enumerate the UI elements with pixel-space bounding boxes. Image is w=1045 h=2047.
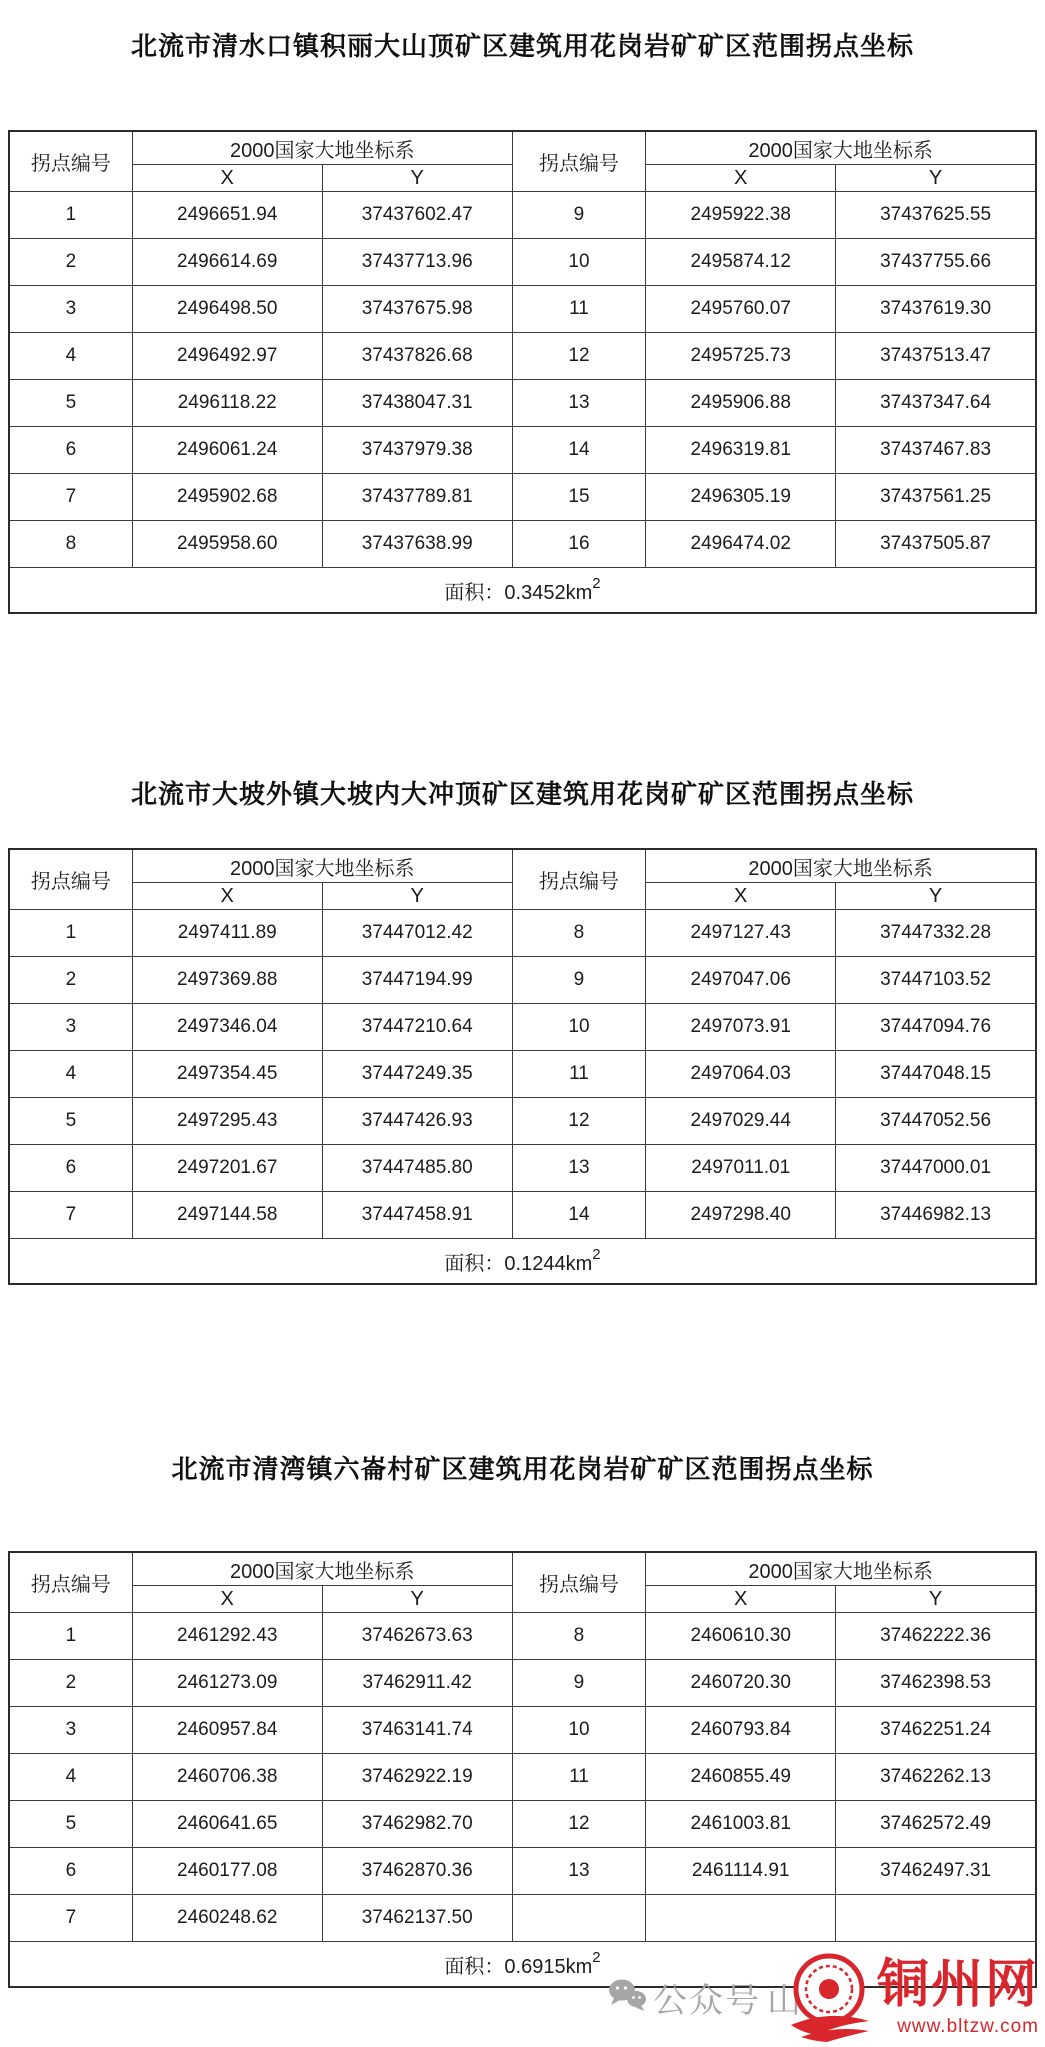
table1-title: 北流市清水口镇积丽大山顶矿区建筑用花岗岩矿矿区范围拐点坐标: [0, 0, 1045, 64]
coordinate-cell: 37447194.99: [322, 957, 512, 1004]
col-header-y: Y: [836, 165, 1036, 192]
coordinate-cell: 37437561.25: [836, 474, 1036, 521]
col-header-point-no: 拐点编号: [512, 849, 646, 910]
coordinate-cell: 37447458.91: [322, 1192, 512, 1239]
coordinate-cell: 37447052.56: [836, 1098, 1036, 1145]
col-header-x: X: [132, 1586, 322, 1613]
table2-title: 北流市大坡外镇大坡内大冲顶矿区建筑用花岗矿矿区范围拐点坐标: [0, 614, 1045, 812]
point-number-cell: 13: [512, 380, 646, 427]
area-label: 面积：: [444, 1253, 504, 1275]
point-number-cell: 10: [512, 1707, 646, 1754]
point-number-cell: 3: [9, 286, 132, 333]
coordinate-cell: 2461292.43: [132, 1613, 322, 1660]
col-header-point-no: 拐点编号: [512, 131, 646, 192]
coordinate-cell: 37462137.50: [322, 1895, 512, 1942]
table-row: 52497295.4337447426.93122497029.44374470…: [9, 1098, 1036, 1145]
coordinate-cell: 2460706.38: [132, 1754, 322, 1801]
area-superscript: 2: [592, 1246, 600, 1263]
point-number-cell: [512, 1895, 646, 1942]
coordinate-cell: 37447048.15: [836, 1051, 1036, 1098]
coordinate-cell: 37462922.19: [322, 1754, 512, 1801]
table-row: 62497201.6737447485.80132497011.01374470…: [9, 1145, 1036, 1192]
site-brand: 铜州网 www.bltzw.com: [877, 1958, 1039, 2036]
table-row: 12496651.9437437602.4792495922.383743762…: [9, 192, 1036, 239]
coordinate-cell: 2497295.43: [132, 1098, 322, 1145]
coordinate-cell: 37437513.47: [836, 333, 1036, 380]
point-number-cell: 12: [512, 1801, 646, 1848]
coordinate-cell: 2495874.12: [646, 239, 836, 286]
coordinate-cell: 2496118.22: [132, 380, 322, 427]
point-number-cell: 8: [512, 1613, 646, 1660]
site-url: www.bltzw.com: [897, 2017, 1039, 2036]
point-number-cell: 7: [9, 474, 132, 521]
table-row: 52460641.6537462982.70122461003.81374625…: [9, 1801, 1036, 1848]
watermark-footer: 公众号 山 铜州网 www.bltzw.com: [607, 1951, 1039, 2043]
area-row: 面积：0.3452km2: [9, 568, 1036, 614]
coordinate-cell: 2460641.65: [132, 1801, 322, 1848]
point-number-cell: 11: [512, 1051, 646, 1098]
coordinate-cell: 2497029.44: [646, 1098, 836, 1145]
table-row: 32497346.0437447210.64102497073.91374470…: [9, 1004, 1036, 1051]
coordinate-cell: 37447210.64: [322, 1004, 512, 1051]
coordinate-cell: 2496614.69: [132, 239, 322, 286]
table-row: 22496614.6937437713.96102495874.12374377…: [9, 239, 1036, 286]
table-row: 42496492.9737437826.68122495725.73374375…: [9, 333, 1036, 380]
coordinate-cell: 2461114.91: [646, 1848, 836, 1895]
coordinate-cell: 2497298.40: [646, 1192, 836, 1239]
col-header-y: Y: [836, 883, 1036, 910]
coordinate-cell: 2460177.08: [132, 1848, 322, 1895]
coordinate-cell: 37462911.42: [322, 1660, 512, 1707]
point-number-cell: 1: [9, 1613, 132, 1660]
col-header-x: X: [132, 883, 322, 910]
col-header-coord-system: 2000国家大地坐标系: [646, 131, 1036, 165]
coordinate-cell: [646, 1895, 836, 1942]
point-number-cell: 3: [9, 1004, 132, 1051]
table-row: 12461292.4337462673.6382460610.303746222…: [9, 1613, 1036, 1660]
coordinate-cell: 2497346.04: [132, 1004, 322, 1051]
coordinate-cell: 37437755.66: [836, 239, 1036, 286]
col-header-coord-system: 2000国家大地坐标系: [646, 1552, 1036, 1586]
area-superscript: 2: [592, 1949, 600, 1966]
coordinate-cell: 37438047.31: [322, 380, 512, 427]
coordinate-cell: 2497411.89: [132, 910, 322, 957]
col-header-x: X: [132, 165, 322, 192]
col-header-x: X: [646, 1586, 836, 1613]
coordinate-cell: 2497127.43: [646, 910, 836, 957]
coordinate-cell: 37447249.35: [322, 1051, 512, 1098]
col-header-x: X: [646, 883, 836, 910]
area-row: 面积：0.1244km2: [9, 1239, 1036, 1285]
coordinate-cell: 2495922.38: [646, 192, 836, 239]
coordinate-cell: 2495760.07: [646, 286, 836, 333]
col-header-y: Y: [322, 883, 512, 910]
table-row: 12497411.8937447012.4282497127.433744733…: [9, 910, 1036, 957]
site-name: 铜州网: [877, 1958, 1039, 2013]
area-value: 0.6915km: [504, 1956, 592, 1978]
coordinate-cell: 2496305.19: [646, 474, 836, 521]
point-number-cell: 9: [512, 1660, 646, 1707]
col-header-coord-system: 2000国家大地坐标系: [132, 1552, 512, 1586]
point-number-cell: 5: [9, 1801, 132, 1848]
table-row: 62496061.2437437979.38142496319.81374374…: [9, 427, 1036, 474]
col-header-point-no: 拐点编号: [9, 849, 132, 910]
coordinate-cell: 2495725.73: [646, 333, 836, 380]
coordinate-table-2: 拐点编号 2000国家大地坐标系 拐点编号 2000国家大地坐标系 X Y X …: [8, 848, 1037, 1285]
coordinate-cell: 37446982.13: [836, 1192, 1036, 1239]
table3-title: 北流市清湾镇六崙村矿区建筑用花岗岩矿矿区范围拐点坐标: [0, 1285, 1045, 1487]
point-number-cell: 10: [512, 1004, 646, 1051]
coordinate-cell: 2497073.91: [646, 1004, 836, 1051]
col-header-coord-system: 2000国家大地坐标系: [646, 849, 1036, 883]
document-sheet: 北流市清水口镇积丽大山顶矿区建筑用花岗岩矿矿区范围拐点坐标 拐点编号 2000国…: [0, 0, 1045, 2047]
coordinate-cell: 37437619.30: [836, 286, 1036, 333]
col-header-point-no: 拐点编号: [512, 1552, 646, 1613]
col-header-x: X: [646, 165, 836, 192]
point-number-cell: 14: [512, 427, 646, 474]
area-value: 0.1244km: [504, 1253, 592, 1275]
col-header-coord-system: 2000国家大地坐标系: [132, 131, 512, 165]
coordinate-cell: 37462497.31: [836, 1848, 1036, 1895]
coordinate-cell: 2497011.01: [646, 1145, 836, 1192]
coordinate-cell: 2497369.88: [132, 957, 322, 1004]
coordinate-cell: 37447000.01: [836, 1145, 1036, 1192]
coordinate-cell: 37447332.28: [836, 910, 1036, 957]
table-row: 72495902.6837437789.81152496305.19374375…: [9, 474, 1036, 521]
coordinate-cell: 2460793.84: [646, 1707, 836, 1754]
coordinate-cell: 2460610.30: [646, 1613, 836, 1660]
coordinate-cell: 37447094.76: [836, 1004, 1036, 1051]
coordinate-cell: 2460248.62: [132, 1895, 322, 1942]
point-number-cell: 6: [9, 427, 132, 474]
area-value: 0.3452km: [504, 582, 592, 604]
point-number-cell: 4: [9, 1051, 132, 1098]
coordinate-cell: 37437638.99: [322, 521, 512, 568]
table-row: 32460957.8437463141.74102460793.84374622…: [9, 1707, 1036, 1754]
point-number-cell: 6: [9, 1145, 132, 1192]
point-number-cell: 7: [9, 1895, 132, 1942]
watermark-text: 公众号: [653, 1973, 761, 2022]
coordinate-cell: [836, 1895, 1036, 1942]
coordinate-cell: 37437505.87: [836, 521, 1036, 568]
table-row: 22461273.0937462911.4292460720.303746239…: [9, 1660, 1036, 1707]
coordinate-cell: 2496474.02: [646, 521, 836, 568]
point-number-cell: 11: [512, 286, 646, 333]
coordinate-cell: 37447012.42: [322, 910, 512, 957]
coordinate-cell: 37462673.63: [322, 1613, 512, 1660]
coordinate-cell: 37462982.70: [322, 1801, 512, 1848]
area-label: 面积：: [444, 1956, 504, 1978]
col-header-y: Y: [836, 1586, 1036, 1613]
coordinate-cell: 2496492.97: [132, 333, 322, 380]
table-row: 52496118.2237438047.31132495906.88374373…: [9, 380, 1036, 427]
point-number-cell: 11: [512, 1754, 646, 1801]
point-number-cell: 9: [512, 957, 646, 1004]
point-number-cell: 3: [9, 1707, 132, 1754]
point-number-cell: 2: [9, 1660, 132, 1707]
coordinate-cell: 2495958.60: [132, 521, 322, 568]
point-number-cell: 1: [9, 192, 132, 239]
coordinate-cell: 2495902.68: [132, 474, 322, 521]
point-number-cell: 4: [9, 1754, 132, 1801]
point-number-cell: 4: [9, 333, 132, 380]
table-row: 32496498.5037437675.98112495760.07374376…: [9, 286, 1036, 333]
point-number-cell: 7: [9, 1192, 132, 1239]
coordinate-cell: 37462572.49: [836, 1801, 1036, 1848]
coordinate-cell: 37462251.24: [836, 1707, 1036, 1754]
point-number-cell: 15: [512, 474, 646, 521]
point-number-cell: 14: [512, 1192, 646, 1239]
wechat-icon: [607, 1978, 647, 2017]
coordinate-cell: 37437467.83: [836, 427, 1036, 474]
coordinate-cell: 2496498.50: [132, 286, 322, 333]
coordinate-cell: 2497201.67: [132, 1145, 322, 1192]
point-number-cell: 2: [9, 239, 132, 286]
point-number-cell: 8: [9, 521, 132, 568]
point-number-cell: 10: [512, 239, 646, 286]
coordinate-cell: 37462262.13: [836, 1754, 1036, 1801]
table-row: 42460706.3837462922.19112460855.49374622…: [9, 1754, 1036, 1801]
coordinate-cell: 37437826.68: [322, 333, 512, 380]
point-number-cell: 13: [512, 1145, 646, 1192]
point-number-cell: 9: [512, 192, 646, 239]
area-superscript: 2: [592, 575, 600, 592]
coordinate-cell: 37437675.98: [322, 286, 512, 333]
table-row: 42497354.4537447249.35112497064.03374470…: [9, 1051, 1036, 1098]
coordinate-cell: 37437789.81: [322, 474, 512, 521]
point-number-cell: 1: [9, 910, 132, 957]
point-number-cell: 5: [9, 1098, 132, 1145]
coordinate-cell: 37437625.55: [836, 192, 1036, 239]
coordinate-cell: 2497354.45: [132, 1051, 322, 1098]
table-row: 82495958.6037437638.99162496474.02374375…: [9, 521, 1036, 568]
coordinate-cell: 2495906.88: [646, 380, 836, 427]
coordinate-cell: 2460855.49: [646, 1754, 836, 1801]
col-header-point-no: 拐点编号: [9, 131, 132, 192]
point-number-cell: 12: [512, 1098, 646, 1145]
coordinate-table-3: 拐点编号 2000国家大地坐标系 拐点编号 2000国家大地坐标系 X Y X …: [8, 1551, 1037, 1988]
col-header-y: Y: [322, 1586, 512, 1613]
coordinate-cell: 2461003.81: [646, 1801, 836, 1848]
point-number-cell: 5: [9, 380, 132, 427]
coordinate-cell: 37437347.64: [836, 380, 1036, 427]
table-row: 72460248.6237462137.50: [9, 1895, 1036, 1942]
seal-icon: [787, 1951, 871, 2043]
coordinate-cell: 2460957.84: [132, 1707, 322, 1754]
coordinate-cell: 37462398.53: [836, 1660, 1036, 1707]
table-row: 72497144.5837447458.91142497298.40374469…: [9, 1192, 1036, 1239]
coordinate-cell: 37463141.74: [322, 1707, 512, 1754]
coordinate-cell: 37462222.36: [836, 1613, 1036, 1660]
coordinate-cell: 37447426.93: [322, 1098, 512, 1145]
col-header-point-no: 拐点编号: [9, 1552, 132, 1613]
area-label: 面积：: [444, 582, 504, 604]
coordinate-cell: 37437602.47: [322, 192, 512, 239]
coordinate-cell: 2496651.94: [132, 192, 322, 239]
col-header-coord-system: 2000国家大地坐标系: [132, 849, 512, 883]
coordinate-cell: 2497064.03: [646, 1051, 836, 1098]
point-number-cell: 12: [512, 333, 646, 380]
coordinate-cell: 37462870.36: [322, 1848, 512, 1895]
point-number-cell: 6: [9, 1848, 132, 1895]
coordinate-cell: 2497047.06: [646, 957, 836, 1004]
point-number-cell: 13: [512, 1848, 646, 1895]
col-header-y: Y: [322, 165, 512, 192]
point-number-cell: 8: [512, 910, 646, 957]
coordinate-cell: 2496319.81: [646, 427, 836, 474]
coordinate-cell: 37447485.80: [322, 1145, 512, 1192]
coordinate-cell: 2497144.58: [132, 1192, 322, 1239]
coordinate-cell: 2496061.24: [132, 427, 322, 474]
coordinate-cell: 2460720.30: [646, 1660, 836, 1707]
coordinate-cell: 37437713.96: [322, 239, 512, 286]
table-row: 62460177.0837462870.36132461114.91374624…: [9, 1848, 1036, 1895]
coordinate-cell: 37447103.52: [836, 957, 1036, 1004]
table-row: 22497369.8837447194.9992497047.063744710…: [9, 957, 1036, 1004]
coordinate-cell: 2461273.09: [132, 1660, 322, 1707]
coordinate-cell: 37437979.38: [322, 427, 512, 474]
coordinate-table-1: 拐点编号 2000国家大地坐标系 拐点编号 2000国家大地坐标系 X Y X …: [8, 130, 1037, 614]
point-number-cell: 16: [512, 521, 646, 568]
point-number-cell: 2: [9, 957, 132, 1004]
